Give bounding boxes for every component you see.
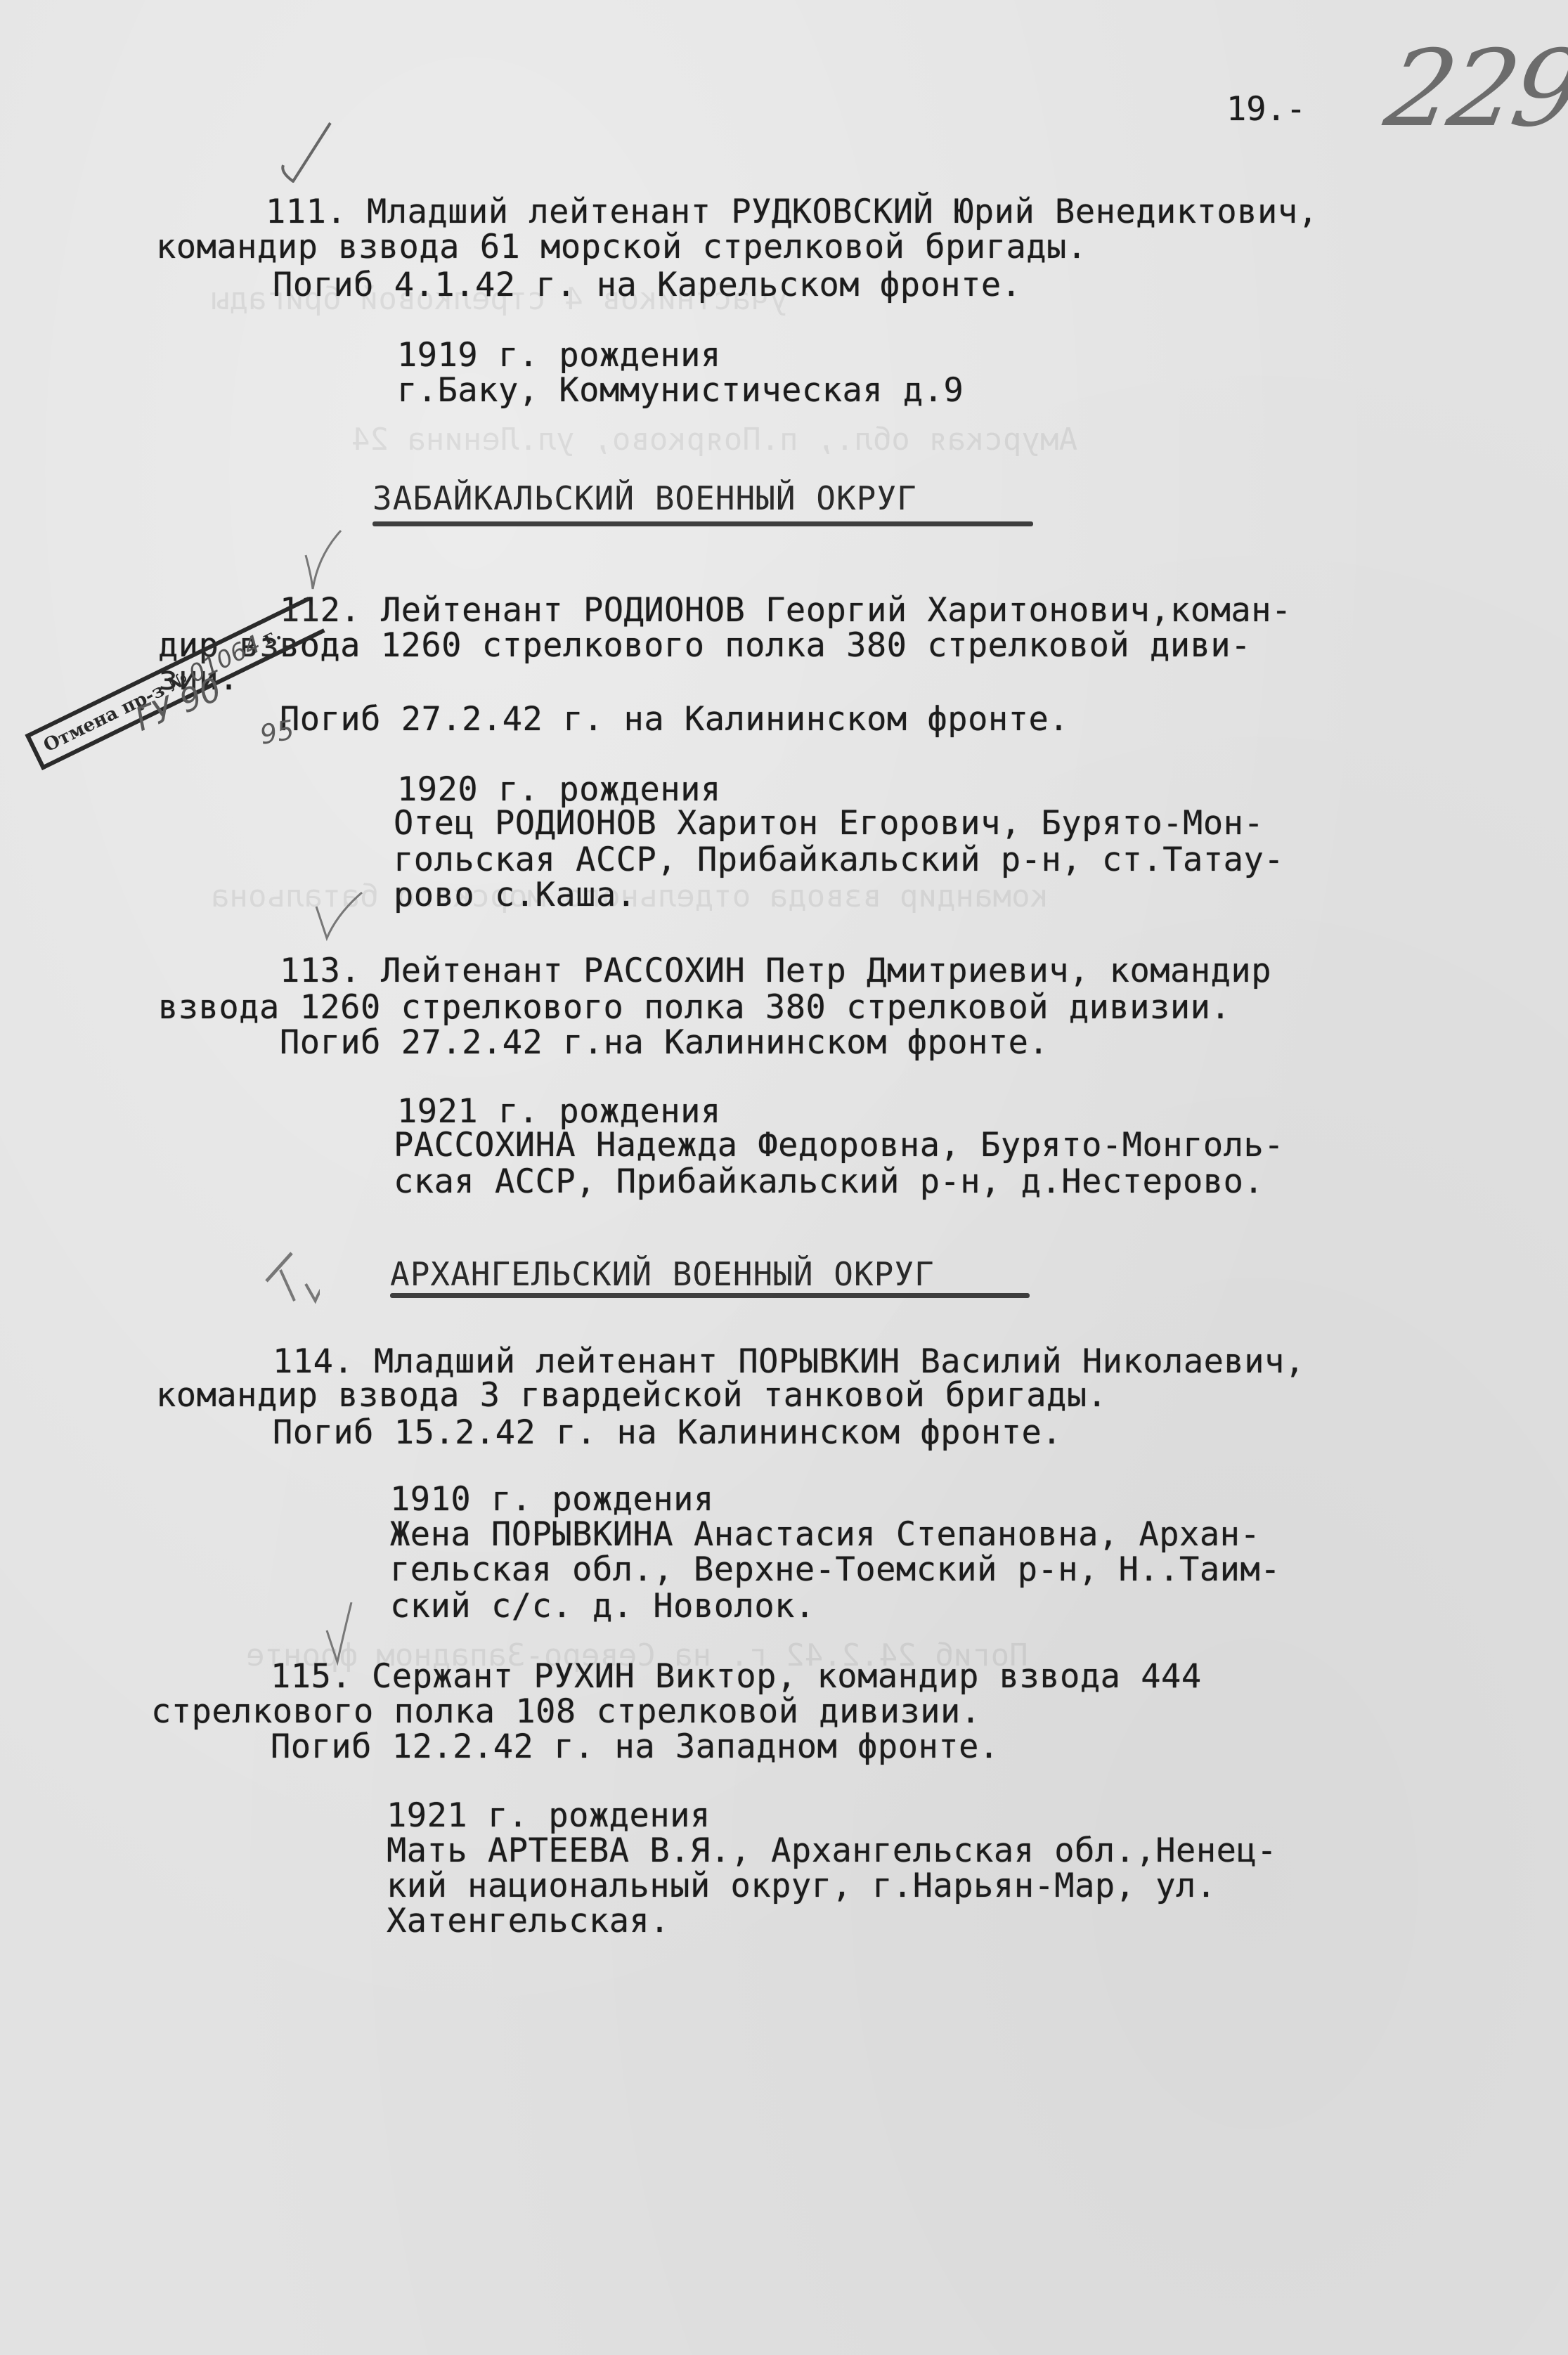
entry-112-birth: 1920 г. рождения <box>397 773 721 806</box>
entry-112-address-2: гольская АССР, Прибайкальский р-н, ст.Та… <box>394 843 1284 876</box>
checkmark-icon <box>264 1244 320 1307</box>
entry-113-line-2: взвода 1260 стрелкового полка 380 стрелк… <box>158 991 1231 1024</box>
entry-114-address-2: гельская обл., Верхне-Тоемский р-н, Н..Т… <box>390 1553 1281 1586</box>
page-number: 19.- <box>1226 90 1306 129</box>
checkmark-icon <box>309 885 365 949</box>
entry-114-address-3: ский с/с. д. Новолок. <box>390 1590 815 1623</box>
entry-115-address-3: Хатенгельская. <box>387 1905 670 1938</box>
entry-115-line-3: Погиб 12.2.42 г. на Западном фронте. <box>271 1730 999 1763</box>
entry-111-line-3: Погиб 4.1.42 г. на Карельском фронте. <box>273 268 1021 301</box>
section-heading-arkhangelsky: АРХАНГЕЛЬСКИЙ ВОЕННЫЙ ОКРУГ <box>390 1258 935 1290</box>
entry-111-line-2: командир взвода 61 морской стрелковой бр… <box>156 231 1087 264</box>
entry-114-address-1: Жена ПОРЫВКИНА Анастасия Степановна, Арх… <box>390 1518 1260 1551</box>
entry-115-line-1: 115. Сержант РУХИН Виктор, командир взво… <box>271 1660 1202 1693</box>
entry-114-line-2: командир взвода 3 гвардейской танковой б… <box>156 1379 1107 1412</box>
checkmark-icon <box>320 1602 376 1666</box>
heading-underline <box>372 521 1033 526</box>
entry-113-line-3: Погиб 27.2.42 г.на Калининском фронте. <box>280 1026 1049 1059</box>
entry-111-address: г.Баку, Коммунистическая д.9 <box>397 374 964 407</box>
section-heading-zabaikalsky: ЗАБАЙКАЛЬСКИЙ ВОЕННЫЙ ОКРУГ <box>372 482 917 514</box>
archive-sheet-number: 229 <box>1378 28 1568 150</box>
entry-111-birth: 1919 г. рождения <box>397 339 721 372</box>
entry-112-line-2: дир взвода 1260 стрелкового полка 380 ст… <box>158 629 1251 662</box>
checkmark-icon <box>299 527 355 590</box>
entry-113-birth: 1921 г. рождения <box>397 1095 721 1128</box>
stamp-suffix: г. <box>259 623 285 649</box>
bleed-through-text: Амурская обл., п.Поярково, ул.Ленина 24 <box>351 422 1077 458</box>
entry-115-birth: 1921 г. рождения <box>387 1799 711 1832</box>
entry-112-address-3: рово с.Каша. <box>394 878 637 911</box>
entry-113-line-1: 113. Лейтенант РАССОХИН Петр Дмитриевич,… <box>280 954 1271 987</box>
entry-112-line-1: 112. Лейтенант РОДИОНОВ Георгий Харитоно… <box>280 594 1292 627</box>
checkmark-icon <box>278 119 334 183</box>
entry-114-line-1: 114. Младший лейтенант ПОРЫВКИН Василий … <box>273 1345 1305 1378</box>
heading-underline <box>390 1293 1030 1298</box>
entry-114-birth: 1910 г. рождения <box>390 1483 714 1516</box>
entry-112-address-1: Отец РОДИОНОВ Харитон Егорович, Бурято-М… <box>394 807 1264 840</box>
entry-115-address-1: Мать АРТЕЕВА В.Я., Архангельская обл.,Не… <box>387 1834 1277 1867</box>
handwritten-note-year: 95 <box>258 714 297 751</box>
entry-115-line-2: стрелкового полка 108 стрелковой дивизии… <box>151 1695 981 1728</box>
entry-115-address-2: кий национальный округ, г.Нарьян-Мар, ул… <box>387 1869 1217 1902</box>
entry-114-line-3: Погиб 15.2.42 г. на Калининском фронте. <box>273 1416 1062 1449</box>
entry-113-address-1: РАССОХИНА Надежда Федоровна, Бурято-Монг… <box>394 1129 1284 1162</box>
entry-113-address-2: ская АССР, Прибайкальский р-н, д.Нестеро… <box>394 1165 1264 1198</box>
entry-112-line-4: Погиб 27.2.42 г. на Калининском фронте. <box>280 703 1069 736</box>
entry-111-line-1: 111. Младший лейтенант РУДКОВСКИЙ Юрий В… <box>266 195 1318 228</box>
